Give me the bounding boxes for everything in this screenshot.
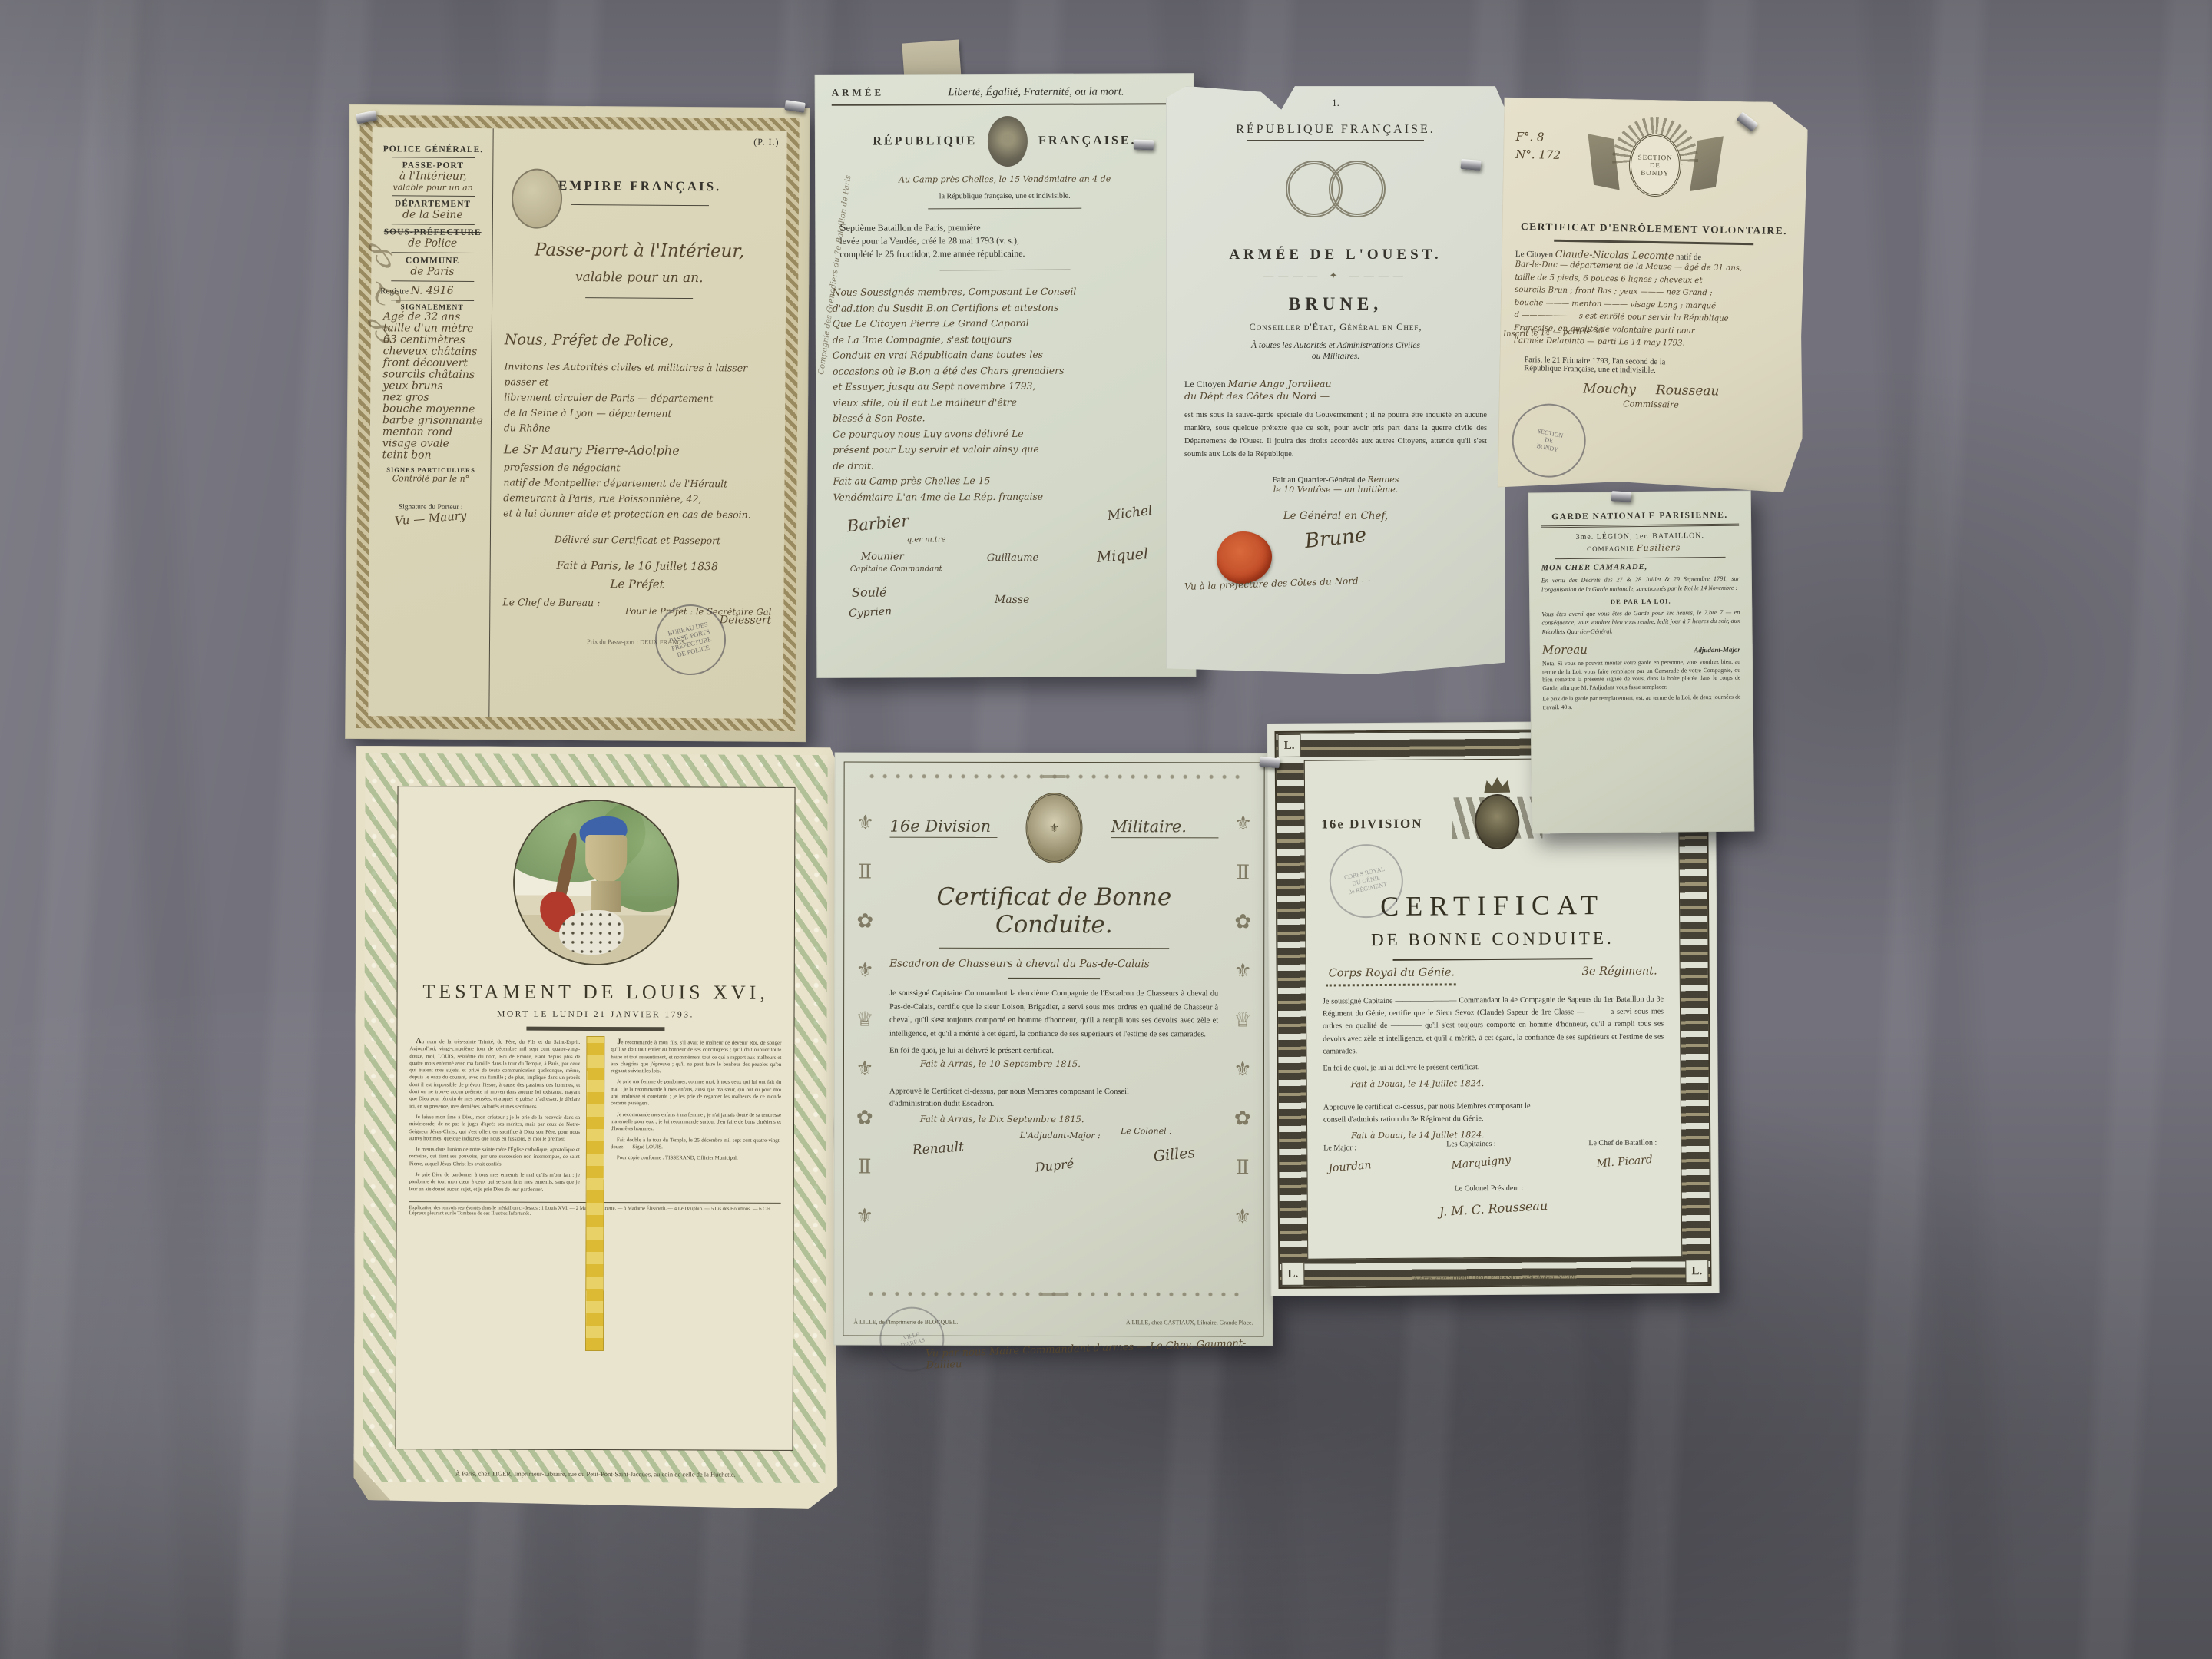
nota-paragraph: Nota. Si vous ne pouvez monter votre gar… xyxy=(1542,658,1740,693)
signature-block: Le Major : Jourdan Les Capitaines : Marq… xyxy=(1323,1139,1665,1233)
salutation: MON CHER CAMARADE, xyxy=(1541,562,1740,573)
urn-pedestal-shape xyxy=(591,881,621,912)
signature: J. M. C. Rousseau xyxy=(1439,1198,1548,1219)
citoyen-label: Le Citoyen xyxy=(1184,379,1226,389)
signature: Gilles xyxy=(1153,1144,1196,1165)
body-line: et à lui donner aide et protection en ca… xyxy=(503,505,772,522)
signature-title: q.er m.tre xyxy=(907,535,946,544)
handwritten-line: Nous Soussignés membres, Composant Le Co… xyxy=(833,283,1178,300)
signature: Michel xyxy=(1107,503,1154,524)
testament-paragraph: Je recommande à mon fils, s'il avait le … xyxy=(611,1038,781,1075)
signature-block: Barbier q.er m.tre Michel Mounier Capita… xyxy=(833,510,1180,627)
clip-icon xyxy=(1460,159,1481,171)
signature-title: Le Colonel Président : xyxy=(1455,1184,1524,1194)
safeguard-text: est mis sous la sauve-garde spéciale du … xyxy=(1184,409,1487,461)
approval-line: Approuvé le certificat ci-dessus, par no… xyxy=(1323,1102,1531,1112)
address-line2: ou Militaires. xyxy=(1184,352,1487,361)
bondy-round-stamp: SECTION DE BONDY xyxy=(1505,397,1592,484)
passeport-label: PASSE-PORT xyxy=(381,161,485,171)
price-line: Prix du Passe-port : DEUX FRANCS. xyxy=(502,637,771,646)
yellow-ornament-band xyxy=(586,1037,604,1350)
handwritten-line: Vendémiaire L'an 4me de La Rép. français… xyxy=(833,488,1179,505)
citizen-name: Marie Ange Jorelleau xyxy=(1228,378,1332,389)
bearer-details: profession de négociantnatif de Montpell… xyxy=(503,459,773,522)
invitation-lines: Invitons les Autorités civiles et milita… xyxy=(504,359,773,437)
ermine-robe-shape xyxy=(559,910,624,955)
police-generale-label: POLICE GÉNÉRALE. xyxy=(381,144,485,154)
handwritten-line: présent pour Luy servir et valoir ainsy … xyxy=(833,441,1178,458)
camp-date-line: Au Camp près Chelles, le 15 Vendémiaire … xyxy=(832,174,1177,185)
signature: Renault xyxy=(912,1139,964,1158)
summons-paragraph: Vous êtes averti que vous êtes de Garde … xyxy=(1541,608,1740,637)
form-code: (P. I.) xyxy=(753,137,779,148)
testament-column-right: Je recommande à mon fils, s'il avait le … xyxy=(611,1038,782,1198)
bataillon-certificate: ARMÉE Liberté, Égalité, Fraternité, ou l… xyxy=(815,73,1197,678)
stamp-text: BONDY xyxy=(1536,442,1559,454)
legion-battalion-line: 3me. LÉGION, 1er. BATAILLON. xyxy=(1541,531,1739,542)
crowned-L-monogram: L. xyxy=(1278,734,1301,757)
republique-heading: RÉPUBLIQUE FRANÇAISE. xyxy=(1184,123,1487,137)
handwritten-line: Ce pourquoy nous Luy avons délivré Le xyxy=(833,426,1178,442)
flag-icon xyxy=(1588,134,1619,190)
signature-title: L'Adjudant-Major : xyxy=(1020,1131,1101,1141)
division-script: 16e Division xyxy=(889,816,991,835)
passport-subtitle: valable pour un an. xyxy=(505,269,773,286)
republic-seal-icon xyxy=(988,116,1028,167)
testament-paragraph: Je prie Dieu de pardonner à tous mes enn… xyxy=(409,1171,580,1194)
certificate-body: Je soussigné Capitaine ———————— Commanda… xyxy=(1323,993,1664,1058)
valable-label: valable pour un an xyxy=(381,182,485,193)
signature: Ml. Picard xyxy=(1595,1154,1652,1171)
signature: Barbier xyxy=(846,512,909,535)
general-name: BRUNE, xyxy=(1184,294,1487,314)
fait-date: le 10 Ventôse — an huitième. xyxy=(1273,485,1398,495)
armee-ouest-safeguard: 1. RÉPUBLIQUE FRANÇAISE. ARMÉE DE L'OUES… xyxy=(1166,86,1505,674)
republic-line: République Française, une et indivisible… xyxy=(1524,364,1656,375)
body-line: du Rhône xyxy=(504,420,773,437)
mourning-vignette xyxy=(513,800,680,966)
adjudant-signature: Moreau xyxy=(1542,643,1588,657)
fait-line: Fait à Douai, le 14 Juillet 1824. xyxy=(1323,1078,1664,1090)
enrolement-body: Bar-le-Duc — département de la Meuse — â… xyxy=(1514,259,1792,353)
section-bondy-emblem: SECTION DE BONDY xyxy=(1585,115,1725,210)
citizen-origin: du Dépt des Côtes du Nord — xyxy=(1184,390,1330,402)
handwritten-line: d'ad.tion du Susdit B.on Certifions et a… xyxy=(833,300,1178,316)
printed-line: complété le 25 fructidor, 2.me année rép… xyxy=(839,247,1170,261)
corps-line: Corps Royal du Génie. xyxy=(1329,966,1455,979)
militaire-script: Militaire. xyxy=(1111,817,1187,836)
passport-title: Passe-port à l'Intérieur, xyxy=(505,240,773,261)
bondy-label: BONDY xyxy=(1641,169,1669,177)
testament-paragraph: Fait double à la tour du Temple, le 25 d… xyxy=(611,1137,781,1151)
armee-ouest-heading: ARMÉE DE L'OUEST. xyxy=(1184,247,1487,263)
adjudant-major-label: Adjudant-Major xyxy=(1694,646,1740,654)
fait-line2: Fait à Arras, le Dix Septembre 1815. xyxy=(889,1114,1218,1125)
interieur-label: à l'Intérieur, xyxy=(381,170,485,183)
fait-label: Fait au Quartier-Général de xyxy=(1273,475,1366,485)
revolutionary-motto: Liberté, Égalité, Fraternité, ou la mort… xyxy=(895,85,1177,99)
compagnie-label: COMPAGNIE xyxy=(1587,545,1634,553)
bonne-conduite-heading: DE BONNE CONDUITE. xyxy=(1322,928,1663,950)
signature: Mouchy xyxy=(1583,381,1636,397)
de-label: DE xyxy=(1650,161,1661,169)
laurel-garland-icon xyxy=(866,765,1243,789)
replacement-price-line: Le prix de la garde par remplacement, es… xyxy=(1542,694,1740,712)
body-line: Invitons les Autorités civiles et milita… xyxy=(504,359,773,391)
signature-title: Le Colonel : xyxy=(1121,1126,1172,1136)
red-wax-seal xyxy=(1217,531,1272,584)
approval-line2: conseil d'administration du 3e Régiment … xyxy=(1323,1114,1484,1124)
fleur-de-lis-icon: ⚜ xyxy=(1049,820,1059,835)
registre-number: N. 4916 xyxy=(411,284,454,296)
signature: Rousseau xyxy=(1656,382,1720,399)
signature: Jourdan xyxy=(1328,1159,1372,1174)
clip-icon xyxy=(1134,140,1154,151)
shield-icon xyxy=(1475,794,1520,849)
bataillon-description: Septième Bataillon de Paris, premièrelev… xyxy=(839,220,1170,261)
crown-icon xyxy=(1484,777,1510,793)
handwritten-line: vieux stile, où il eut Le malheur d'être xyxy=(833,394,1178,411)
signature: Cyprien xyxy=(849,605,892,620)
de-par-la-loi: DE PAR LA LOI. xyxy=(1541,596,1740,606)
signature: Marquigny xyxy=(1451,1154,1512,1172)
handwritten-line: de La 3me Compagnie, s'est toujours xyxy=(833,331,1178,348)
general-titles: Conseiller d'État, Général en Chef, xyxy=(1184,322,1487,333)
testament-paragraph: Je laisse mon âme à Dieu, mon créateur ;… xyxy=(409,1114,580,1143)
date-line: Fait à Paris, le 16 Juillet 1838 xyxy=(503,559,772,573)
body-line: librement circuler de Paris — départemen… xyxy=(504,389,773,406)
testament-paragraph: Je recommande mes enfans à ma femme ; je… xyxy=(611,1111,781,1134)
decree-paragraph: En vertu des Décrets des 27 & 28 Juillet… xyxy=(1541,575,1740,594)
signature: Masse xyxy=(995,594,1029,606)
laurel-wreath-icon xyxy=(1286,161,1386,227)
enrolement-certificate: F°. 8N°. 172 SECTION DE BONDY CERTIFICAT… xyxy=(1498,98,1809,493)
police-medallion-icon xyxy=(512,168,563,228)
passport-document: ℘ℒ℘ POLICE GÉNÉRALE. PASSE-PORT à l'Inté… xyxy=(345,104,810,742)
signature-block: Renault L'Adjudant-Major : Dupré Le Colo… xyxy=(889,1124,1218,1217)
handwritten-line: occasions où le B.on a été des Chars gre… xyxy=(833,363,1178,379)
clip-icon xyxy=(1259,757,1280,769)
garde-nationale-summons: GARDE NATIONALE PARISIENNE. 3me. LÉGION,… xyxy=(1528,490,1755,833)
prefecture-label: SOUS-PRÉFECTURE xyxy=(381,227,485,237)
handwritten-line: et Essuyer, jusqu'au Sept novembre 1793, xyxy=(833,378,1178,395)
section-label: SECTION xyxy=(1638,154,1673,162)
testament-paragraph: Je meurs dans l'union de notre sainte mè… xyxy=(409,1146,580,1168)
citoyen-label: Le Citoyen xyxy=(1515,250,1553,260)
fleur-de-lis-band: ⚜ Ⅱ ✿ ⚜ ♕ ⚜ ✿ Ⅱ ⚜ xyxy=(1225,799,1260,1277)
signature: Guillaume xyxy=(987,552,1038,564)
compagnie-value: Fusiliers — xyxy=(1637,542,1694,553)
foi-line: En foi de quoi, je lui ai délivré le pré… xyxy=(889,1047,1218,1056)
signature: Soulé xyxy=(852,585,887,600)
testament-title: TESTAMENT DE LOUIS XVI, xyxy=(410,980,782,1005)
approval-line2: d'administration dudit Escadron. xyxy=(889,1100,994,1108)
margin-ink-scrawl: ℘ℒ℘ xyxy=(373,243,407,673)
body-line: de la Seine à Lyon — département xyxy=(504,405,773,422)
address-line: À toutes les Autorités et Administration… xyxy=(1184,341,1487,350)
testament-paragraph: Au nom de la très-sainte Trinité, du Pèr… xyxy=(409,1038,580,1111)
foi-line: En foi de quoi, je lui ai délivré le pré… xyxy=(1323,1060,1664,1075)
fleur-de-lis-band: ⚜ Ⅱ ✿ ⚜ ♕ ⚜ ✿ Ⅱ ⚜ xyxy=(847,799,882,1277)
bonne-conduite-chasseurs: ⚜ Ⅱ ✿ ⚜ ♕ ⚜ ✿ Ⅱ ⚜ ⚜ Ⅱ ✿ ⚜ ♕ ⚜ ✿ Ⅱ ⚜ 16e … xyxy=(833,753,1273,1346)
handwritten-line: blessé à Son Poste. xyxy=(833,409,1178,426)
handwritten-line: Fait au Camp près Chelles Le 15 xyxy=(833,472,1178,489)
body-line: natif de Montpellier département de l'Hé… xyxy=(503,475,772,492)
testament-column-left: Au nom de la très-sainte Trinité, du Pèr… xyxy=(409,1038,581,1197)
fait-place: Rennes xyxy=(1367,475,1399,485)
royal-oval-emblem: ⚜ xyxy=(1025,793,1082,863)
regiment-line: 3e Régiment. xyxy=(1582,965,1657,979)
ornament-rule: ———— ✦ ———— xyxy=(1184,270,1487,282)
certification-body: Nous Soussignés membres, Composant Le Co… xyxy=(833,283,1179,505)
signature-title: Le Chef de Bataillon : xyxy=(1588,1139,1657,1148)
prefet-opening: Nous, Préfet de Police, xyxy=(505,331,773,349)
photograph-of-documents: ℘ℒ℘ POLICE GÉNÉRALE. PASSE-PORT à l'Inté… xyxy=(0,0,2212,1659)
delivre-line: Délivré sur Certificat et Passeport xyxy=(503,531,772,548)
signature: Mounier xyxy=(861,551,904,562)
approval-line: Approuvé le Certificat ci-dessus, par no… xyxy=(889,1088,1129,1097)
body-line: profession de négociant xyxy=(504,459,773,476)
signature-title: Capitaine Commandant xyxy=(850,565,942,573)
printed-line: Septième Bataillon de Paris, première xyxy=(839,220,1170,235)
francaise-label: FRANÇAISE. xyxy=(1038,134,1136,147)
testament-louis-xvi: TESTAMENT DE LOUIS XVI, MORT LE LUNDI 21… xyxy=(353,746,839,1509)
entry-number: N°. 172 xyxy=(1515,147,1561,162)
testament-subtitle: MORT LE LUNDI 21 JANVIER 1793. xyxy=(409,1009,781,1020)
handwritten-line: Conduit en vrai Républicain dans toutes … xyxy=(833,346,1178,363)
testament-paragraph: Pour copie conforme : TISSERAND, Officie… xyxy=(611,1154,781,1162)
bearer-name: Le Sr Maury Pierre-Adolphe xyxy=(504,442,773,458)
natif-label: natif de xyxy=(1676,253,1702,263)
handwritten-line: de droit. xyxy=(833,457,1178,474)
testament-paragraph: Je prie ma femme de pardonner, comme moi… xyxy=(611,1079,781,1108)
fait-line: Fait à Arras, le 10 Septembre 1815. xyxy=(889,1058,1218,1070)
signature: Dupré xyxy=(1035,1156,1075,1174)
armee-label: ARMÉE xyxy=(832,87,884,99)
garde-title: GARDE NATIONALE PARISIENNE. xyxy=(1541,511,1739,522)
folio-number: F°. 8 xyxy=(1515,130,1544,144)
departement-label: DÉPARTEMENT xyxy=(381,199,485,209)
handwritten-line: Que Le Citoyen Pierre Le Grand Caporal xyxy=(833,315,1178,332)
printer-imprint-right: À LILLE, chez CASTIAUX, Libraire, Grande… xyxy=(1126,1319,1253,1326)
unit-line: Escadron de Chasseurs à cheval du Pas-de… xyxy=(889,958,1218,971)
page-number: 1. xyxy=(1184,97,1487,109)
certificate-body: Je soussigné Capitaine Commandant la deu… xyxy=(889,987,1218,1041)
departement-value: de la Seine xyxy=(381,208,485,221)
certificate-title: CERTIFICAT D'ENRÔLEMENT VOLONTAIRE. xyxy=(1515,220,1792,237)
signature-title: Les Capitaines : xyxy=(1446,1140,1496,1148)
signature-title: Le Major : xyxy=(1323,1144,1356,1152)
division-heading: 16e DIVISION xyxy=(1321,816,1422,833)
clip-icon xyxy=(1611,491,1632,502)
printed-line: levée pour la Vendée, créé le 28 mai 179… xyxy=(839,233,1170,248)
body-line: demeurant à Paris, rue Poissonnière, 42, xyxy=(503,490,772,507)
funerary-urn-shape xyxy=(585,835,627,882)
prefet-line: Le Préfet xyxy=(502,576,771,591)
signature: Miquel xyxy=(1096,545,1149,566)
republic-line: la République française, une et indivisi… xyxy=(832,191,1177,201)
certificate-title: Certificat de Bonne Conduite. xyxy=(889,883,1218,939)
republique-label: RÉPUBLIQUE xyxy=(873,134,977,148)
royal-arms-emblem xyxy=(1455,777,1540,870)
